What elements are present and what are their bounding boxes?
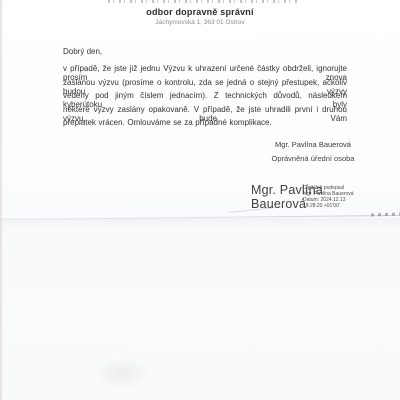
signature-detail-line: 18:28:20 +01'00' (303, 203, 391, 209)
paragraph-line: přeplatek vrácen. Omlouváme se za případ… (63, 118, 347, 132)
signatory-role: Oprávněná úřední osoba (240, 154, 386, 163)
paragraph-line: některé výzvy zaslány opakovaně. V přípa… (63, 105, 347, 119)
paragraph-line: zaslanou výzvu (prosíme o kontrolu, zda … (63, 78, 347, 92)
digital-signature-details: Digitálně podepsal Mgr. Pavlína Bauerová… (303, 185, 391, 209)
department-heading: odbor dopravně správní (0, 7, 400, 17)
scanned-letter-page: odbor dopravně správní Jáchymovská 1, 36… (0, 0, 400, 400)
paper-fold-shadow (0, 218, 400, 228)
scan-left-edge-shadow (0, 0, 4, 400)
department-address: Jáchymovská 1, 363 01 Ostrov (0, 19, 400, 26)
cut-off-text-remnant (108, 0, 298, 3)
scan-smudge (92, 355, 152, 391)
signatory-name: Mgr. Pavlína Bauerová (240, 140, 386, 149)
salutation: Dobrý den, (63, 47, 102, 56)
signatory-block: Mgr. Pavlína Bauerová Oprávněná úřední o… (240, 140, 386, 163)
paragraph-line: vedeny pod jiným číslem jednacím). Z tec… (63, 91, 347, 105)
paragraph-line: v případě, že jste již jednu Výzvu k uhr… (63, 64, 347, 78)
